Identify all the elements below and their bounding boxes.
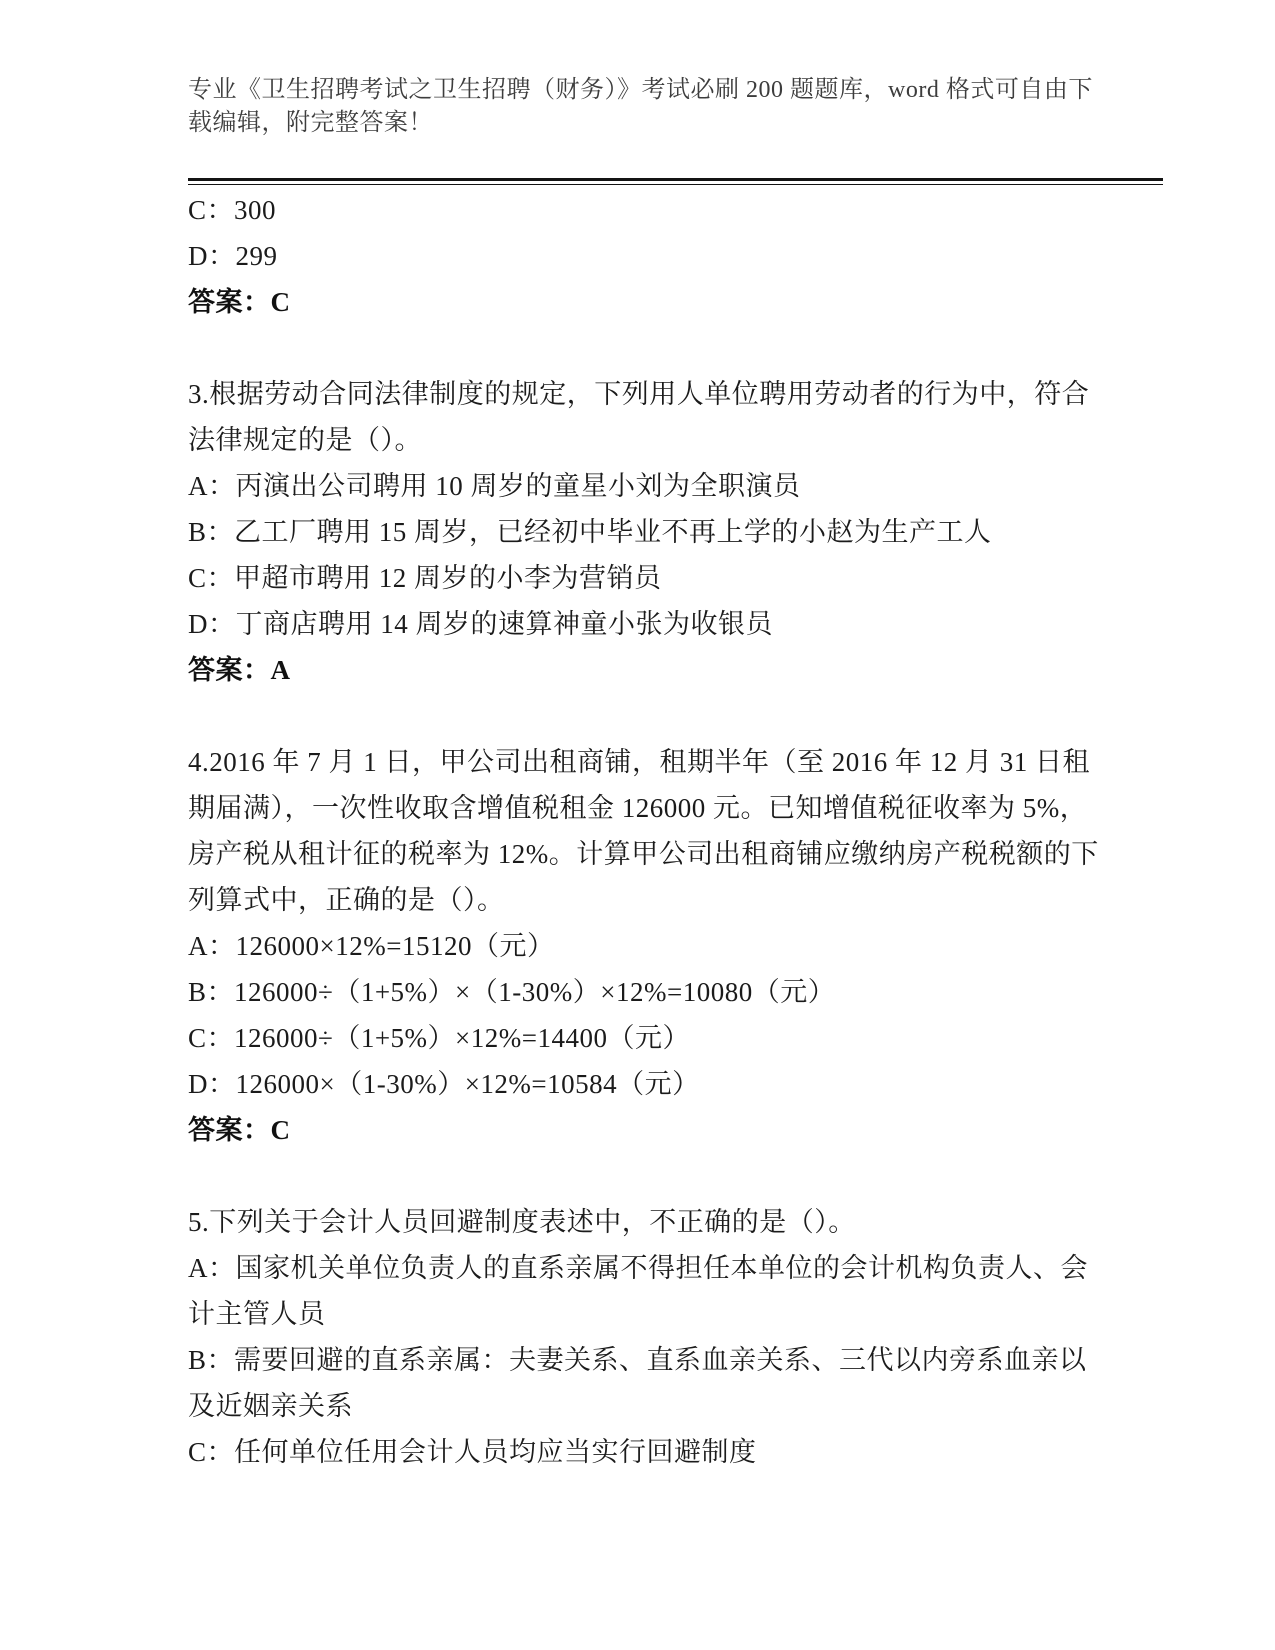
header-rule-divider (188, 178, 1163, 185)
page-header: 专业《卫生招聘考试之卫生招聘（财务）》考试必刷 200 题题库，word 格式可… (188, 74, 1163, 185)
answer-line: 答案：A (188, 647, 1108, 693)
option-line: D：299 (188, 233, 1108, 279)
question-block-4: 4.2016 年 7 月 1 日，甲公司出租商铺，租期半年（至 2016 年 1… (188, 739, 1108, 1153)
header-title: 专业《卫生招聘考试之卫生招聘（财务）》考试必刷 200 题题库，word 格式可… (188, 74, 1108, 140)
option-line: B：乙工厂聘用 15 周岁，已经初中毕业不再上学的小赵为生产工人 (188, 509, 1108, 555)
document-page: 专业《卫生招聘考试之卫生招聘（财务）》考试必刷 200 题题库，word 格式可… (0, 0, 1275, 1650)
option-line: C：300 (188, 187, 1108, 233)
option-line: C：甲超市聘用 12 周岁的小李为营销员 (188, 555, 1108, 601)
option-line: D：126000×（1-30%）×12%=10584（元） (188, 1061, 1108, 1107)
question-block-2-tail: C：300 D：299 答案：C (188, 187, 1108, 325)
question-stem: 4.2016 年 7 月 1 日，甲公司出租商铺，租期半年（至 2016 年 1… (188, 739, 1108, 923)
option-line: C：任何单位任用会计人员均应当实行回避制度 (188, 1429, 1108, 1475)
answer-line: 答案：C (188, 279, 1108, 325)
question-block-5: 5.下列关于会计人员回避制度表述中，不正确的是（）。 A：国家机关单位负责人的直… (188, 1199, 1108, 1475)
option-line: C：126000÷（1+5%）×12%=14400（元） (188, 1015, 1108, 1061)
option-line: B：126000÷（1+5%）×（1-30%）×12%=10080（元） (188, 969, 1108, 1015)
question-stem: 5.下列关于会计人员回避制度表述中，不正确的是（）。 (188, 1199, 1108, 1245)
question-stem: 3.根据劳动合同法律制度的规定，下列用人单位聘用劳动者的行为中，符合法律规定的是… (188, 371, 1108, 463)
option-line: A：国家机关单位负责人的直系亲属不得担任本单位的会计机构负责人、会计主管人员 (188, 1245, 1108, 1337)
document-body: C：300 D：299 答案：C 3.根据劳动合同法律制度的规定，下列用人单位聘… (188, 187, 1108, 1521)
answer-line: 答案：C (188, 1107, 1108, 1153)
option-line: A：丙演出公司聘用 10 周岁的童星小刘为全职演员 (188, 463, 1108, 509)
option-line: D：丁商店聘用 14 周岁的速算神童小张为收银员 (188, 601, 1108, 647)
option-line: A：126000×12%=15120（元） (188, 923, 1108, 969)
question-block-3: 3.根据劳动合同法律制度的规定，下列用人单位聘用劳动者的行为中，符合法律规定的是… (188, 371, 1108, 693)
option-line: B：需要回避的直系亲属：夫妻关系、直系血亲关系、三代以内旁系血亲以及近姻亲关系 (188, 1337, 1108, 1429)
